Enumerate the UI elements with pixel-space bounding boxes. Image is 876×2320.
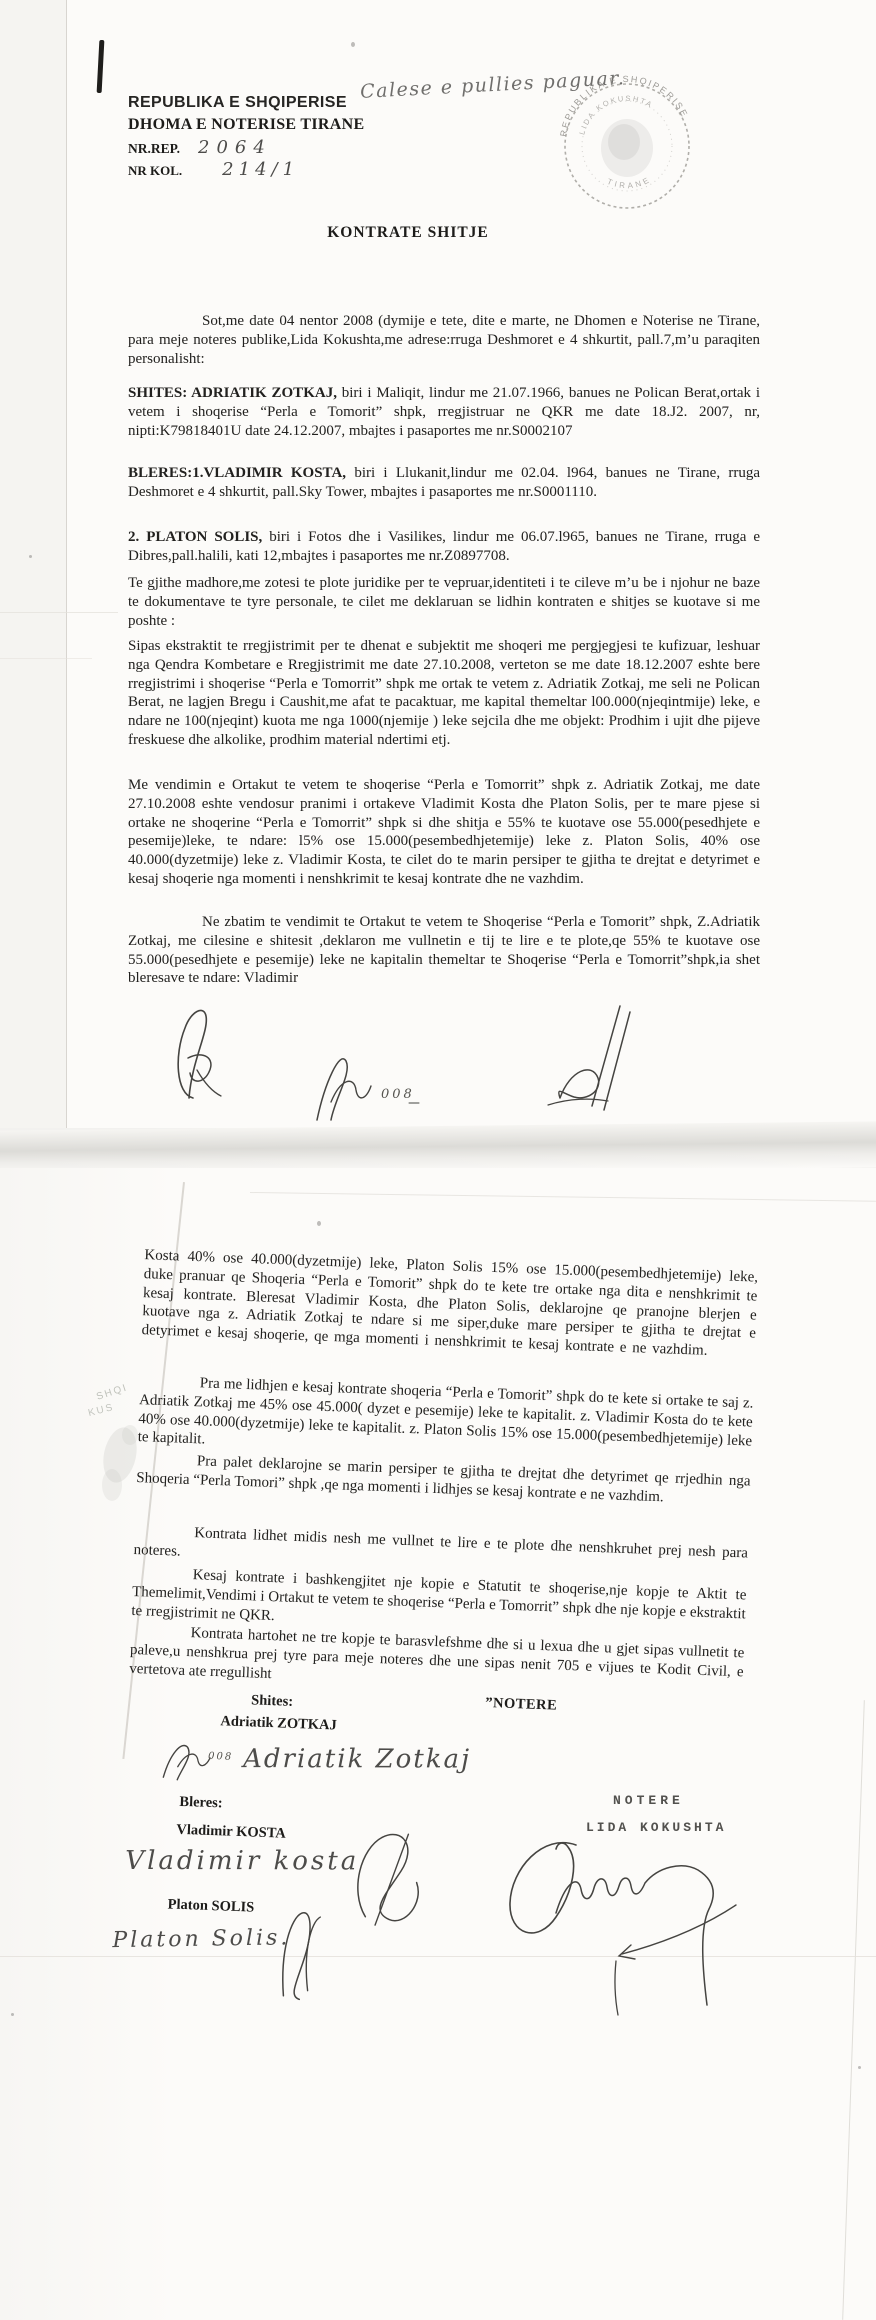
margin-crease-1 [0, 612, 118, 613]
seller-handwritten-name: Adriatik Zotkaj [243, 1744, 471, 1774]
buyer-1-signature-paraph [343, 1828, 442, 1931]
paragraph-kosta-shares: Kosta 40% ose 40.000(dyzetmije) leke, Pl… [141, 1246, 758, 1362]
paragraph-intro: Sot,me date 04 nentor 2008 (dymije e tet… [128, 312, 760, 368]
notary-heading: ”NOTERE [485, 1695, 558, 1715]
paragraph-buyer-2: 2. PLATON SOLIS, biri i Fotos dhe i Vasi… [128, 528, 760, 566]
buyer-1-name-label: Vladimir KOSTA [176, 1822, 286, 1843]
round-notary-stamp: REPUBLIKA E SHQIPERISE LIDA KOKUSHTA TIR… [552, 72, 702, 222]
nr-rep-handwritten-value: 2064 [198, 137, 272, 158]
scan-speck-3 [317, 1221, 321, 1226]
paragraph-seller: SHITES: ADRIATIK ZOTKAJ, biri i Maliqit,… [128, 384, 760, 440]
nr-kol-label: NR KOL. [128, 163, 182, 178]
signature-scribble-middle: 008 [305, 1040, 445, 1128]
paragraph-buyer-2-lead: 2. PLATON SOLIS, [128, 529, 262, 545]
svg-text:TIRANE: TIRANE [606, 175, 653, 191]
signature-scribble-left [163, 1000, 233, 1105]
notary-signature [498, 1833, 768, 2018]
seller-signature-scribble: 008 [155, 1735, 232, 1786]
paragraph-capacity: Te gjithe madhore,me zotesi te plote jur… [128, 574, 760, 630]
signature-scribble-right [540, 1000, 635, 1115]
notary-stamp-name-line: NOTERE [613, 1793, 684, 1808]
scan-speck-4 [11, 2013, 14, 2016]
scan-speck-2 [29, 555, 32, 558]
seller-signature-suffix: 008 [208, 1751, 232, 1763]
nr-rep-label: NR.REP. [128, 141, 180, 156]
stamp-bottom-text: TIRANE [606, 175, 653, 191]
scanned-document: { "page1": { "header": { "line1": "REPUB… [0, 0, 876, 2320]
paragraph-buyer-1-lead: BLERES:1.VLADIMIR KOSTA, [128, 465, 346, 481]
header-chamber-line: DHOMA E NOTERISE TIRANE [128, 116, 458, 134]
paragraph-buyer-1: BLERES:1.VLADIMIR KOSTA, biri i Llukanit… [128, 464, 760, 502]
paragraph-seller-lead: SHITES: ADRIATIK ZOTKAJ, [128, 385, 337, 401]
seller-name-label: Adriatik ZOTKAJ [220, 1713, 337, 1734]
paragraph-registry-extract: Sipas ekstraktit te rregjistrimit per te… [128, 637, 760, 750]
buyer-section-label: Bleres: [179, 1794, 223, 1813]
buyer-1-handwritten-name: Vladimir kosta [125, 1846, 359, 1876]
paragraph-sale-declaration: Ne zbatim te vendimit te Ortakut te vete… [128, 913, 760, 988]
page-1-left-margin-shade [0, 0, 66, 1128]
buyer-2-handwritten-name: Platon Solis. [112, 1925, 290, 1953]
signature-middle-suffix: 008 [381, 1087, 415, 1102]
paragraph-partner-decision: Me vendimin e Ortakut te vetem te shoqer… [128, 776, 760, 889]
seller-section-label: Shites: [251, 1692, 294, 1711]
buyer-2-name-label: Platon SOLIS [167, 1896, 254, 1916]
margin-crease-2 [0, 658, 92, 659]
scan-speck-1 [351, 42, 355, 47]
contract-title: KONTRATE SHITJE [128, 224, 688, 242]
nr-kol-handwritten-value: 214/1 [222, 159, 299, 180]
buyer-2-signature-flourish [268, 1907, 326, 2004]
scan-speck-5 [858, 2066, 861, 2069]
document-header: REPUBLIKA E SHQIPERISE DHOMA E NOTERISE … [128, 94, 458, 180]
stamp-center-smudge-2 [608, 124, 640, 160]
